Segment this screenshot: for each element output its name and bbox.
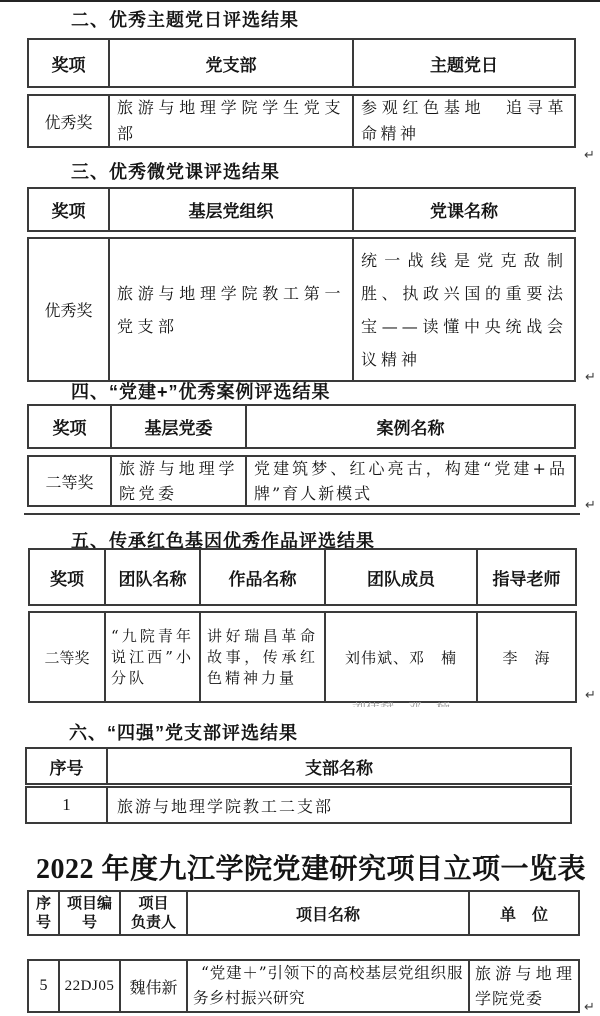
table-research-projects-header: 序 号 项目编 号 项目 负责人 项目名称 单 位	[27, 890, 580, 936]
body-cell: 旅游与地理学院党委	[110, 457, 245, 505]
header-cell: 基层党委	[110, 406, 245, 447]
header-cell: 奖项	[29, 40, 108, 86]
header-cell: 项目编 号	[58, 892, 119, 934]
header-cell: 作品名称	[199, 550, 324, 604]
table-four-strong-branches-row: 1 旅游与地理学院教工二支部	[25, 786, 572, 824]
paragraph-mark: ↵	[585, 370, 596, 385]
body-cell: 李 海	[476, 613, 575, 701]
body-cell: 参观红色基地 追寻革命精神	[352, 96, 574, 146]
body-cell: 1	[27, 788, 106, 822]
clipped-next-row-text: 刘伟斌、邓 楠	[352, 702, 464, 707]
body-cell: 二等奖	[30, 613, 104, 701]
paragraph-mark: ↵	[585, 688, 596, 703]
body-cell: 旅游与地理学院教工二支部	[106, 788, 570, 822]
section-heading-theme-party-day: 二、优秀主题党日评选结果	[71, 6, 299, 32]
project-list-title: 2022 年度九江学院党建研究项目立项一览表	[22, 847, 600, 887]
header-cell: 指导老师	[476, 550, 575, 604]
header-cell: 项目 负责人	[119, 892, 186, 934]
table-party-building-cases-header: 奖项 基层党委 案例名称	[27, 404, 576, 449]
paragraph-mark: ↵	[585, 498, 596, 513]
table-red-gene-works-row: 二等奖 “九院青年说江西”小分队 讲好瑞昌革命故事，传承红色精神力量 刘伟斌、邓…	[28, 611, 577, 703]
header-cell: 党课名称	[352, 189, 574, 230]
body-cell: 5	[29, 961, 58, 1011]
body-cell: 讲好瑞昌革命故事，传承红色精神力量	[199, 613, 324, 701]
body-cell: “九院青年说江西”小分队	[104, 613, 199, 701]
header-cell: 序 号	[29, 892, 58, 934]
body-cell: 党建筑梦、红心亮古，构建“党建+品牌”育人新模式	[245, 457, 574, 505]
table-bottom-double-rule	[24, 513, 580, 515]
table-red-gene-works-header: 奖项 团队名称 作品名称 团队成员 指导老师	[28, 548, 577, 606]
header-cell: 团队名称	[104, 550, 199, 604]
scan-edge-artifact	[0, 0, 600, 2]
header-cell: 序号	[27, 749, 106, 783]
body-cell: 优秀奖	[29, 96, 108, 146]
body-cell: 旅游与地理学院党委	[468, 961, 578, 1011]
table-theme-party-day-row: 优秀奖 旅游与地理学院学生党支部 参观红色基地 追寻革命精神	[27, 94, 576, 148]
header-cell: 奖项	[30, 550, 104, 604]
section-heading-party-building-cases: 四、“党建+”优秀案例评选结果	[71, 378, 331, 404]
body-cell: 魏伟新	[119, 961, 186, 1011]
body-cell: 刘伟斌、邓 楠	[324, 613, 476, 701]
header-cell: 案例名称	[245, 406, 574, 447]
header-cell: 主题党日	[352, 40, 574, 86]
body-cell: “党建＋”引领下的高校基层党组织服务乡村振兴研究	[186, 961, 468, 1011]
body-cell: 二等奖	[29, 457, 110, 505]
paragraph-mark: ↵	[584, 1000, 595, 1015]
document-page: 二、优秀主题党日评选结果 奖项 党支部 主题党日 优秀奖 旅游与地理学院学生党支…	[0, 0, 600, 1016]
body-cell: 旅游与地理学院教工第一党支部	[108, 239, 352, 380]
table-four-strong-branches-header: 序号 支部名称	[25, 747, 572, 785]
body-cell: 统一战线是党克敌制胜、执政兴国的重要法宝——读懂中央统战会议精神	[352, 239, 574, 380]
header-cell: 团队成员	[324, 550, 476, 604]
header-cell: 基层党组织	[108, 189, 352, 230]
body-cell: 22DJ05	[58, 961, 119, 1011]
header-cell: 单 位	[468, 892, 578, 934]
header-cell: 奖项	[29, 406, 110, 447]
header-cell: 项目名称	[186, 892, 468, 934]
body-cell: 旅游与地理学院学生党支部	[108, 96, 352, 146]
table-research-projects-row: 5 22DJ05 魏伟新 “党建＋”引领下的高校基层党组织服务乡村振兴研究 旅游…	[27, 959, 580, 1013]
section-heading-micro-party-lecture: 三、优秀微党课评选结果	[71, 158, 280, 184]
table-micro-party-lecture-row: 优秀奖 旅游与地理学院教工第一党支部 统一战线是党克敌制胜、执政兴国的重要法宝—…	[27, 237, 576, 382]
table-party-building-cases-row: 二等奖 旅游与地理学院党委 党建筑梦、红心亮古，构建“党建+品牌”育人新模式	[27, 455, 576, 507]
header-cell: 支部名称	[106, 749, 570, 783]
table-micro-party-lecture-header: 奖项 基层党组织 党课名称	[27, 187, 576, 232]
header-cell: 奖项	[29, 189, 108, 230]
table-theme-party-day-header: 奖项 党支部 主题党日	[27, 38, 576, 88]
body-cell: 优秀奖	[29, 239, 108, 380]
paragraph-mark: ↵	[584, 148, 595, 163]
header-cell: 党支部	[108, 40, 352, 86]
section-heading-four-strong-branches: 六、“四强”党支部评选结果	[69, 719, 298, 745]
